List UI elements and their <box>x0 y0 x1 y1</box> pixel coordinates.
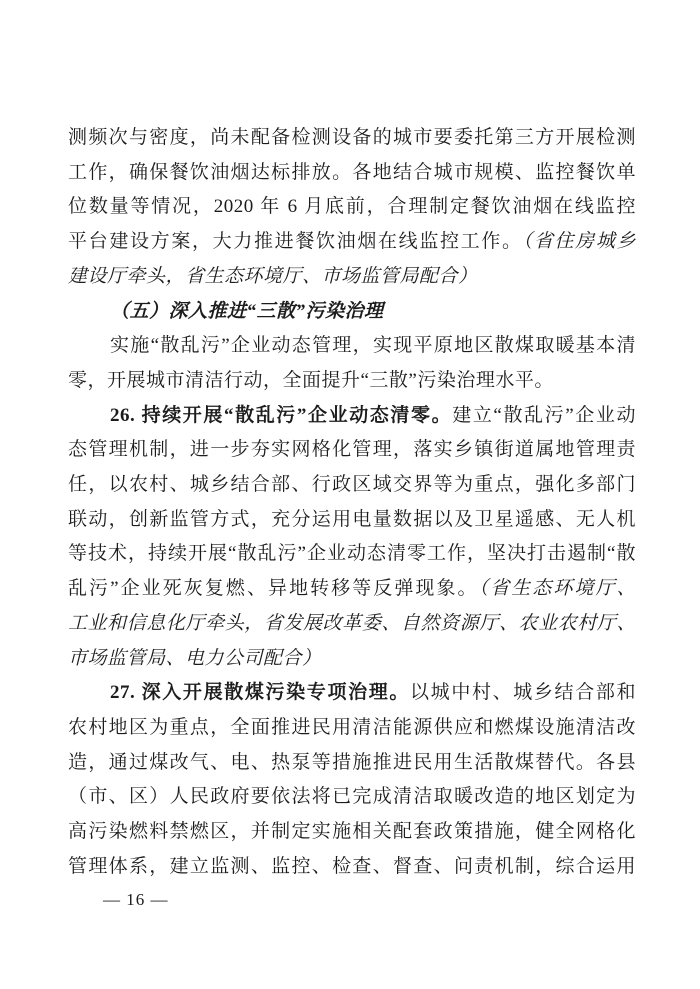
document-line: 造，通过煤改气、电、热泵等措施推进民用生活散煤替代。各县 <box>68 746 636 781</box>
document-line: 零，开展城市清洁行动，全面提升“三散”污染治理水平。 <box>68 364 636 399</box>
document-line: 农村地区为重点，全面推进民用清洁能源供应和燃煤设施清洁改 <box>68 711 636 746</box>
text-segment: 26. 持续开展“散乱污”企业动态清零。 <box>110 405 452 426</box>
text-segment: 态管理机制，进一步夯实网格化管理，落实乡镇街道属地管理责 <box>68 439 636 460</box>
text-segment: 造，通过煤改气、电、热泵等措施推进民用生活散煤替代。各县 <box>68 752 636 773</box>
text-segment: 联动，创新监管方式，充分运用电量数据以及卫星遥感、无人机 <box>68 509 636 530</box>
text-segment: 平台建设方案，大力推进餐饮油烟在线监控工作。 <box>68 231 523 252</box>
section-heading-text: （五）深入推进“三散”污染治理 <box>110 301 384 322</box>
document-line: 建设厅牵头，省生态环境厅、市场监管局配合） <box>68 260 636 295</box>
text-segment: 27. 深入开展散煤污染专项治理。 <box>110 682 410 703</box>
document-page: 测频次与密度，尚未配备检测设备的城市要委托第三方开展检测工作，确保餐饮油烟达标排… <box>0 0 700 989</box>
text-segment: 工作，确保餐饮油烟达标排放。各地结合城市规模、监控餐饮单 <box>68 162 636 183</box>
document-line: 市场监管局、电力公司配合） <box>68 642 636 677</box>
text-segment: （省住房城乡 <box>523 231 636 252</box>
text-segment: 以城中村、城乡结合部和 <box>410 682 636 703</box>
text-segment: 等技术，持续开展“散乱污”企业动态清零工作，坚决打击遏制“散 <box>68 543 636 564</box>
document-line: 工作，确保餐饮油烟达标排放。各地结合城市规模、监控餐饮单 <box>68 156 636 191</box>
text-segment: 管理体系，建立监测、监控、检查、督查、问责机制，综合运用 <box>68 856 636 877</box>
text-segment: 实施“散乱污”企业动态管理，实现平原地区散煤取暖基本清 <box>110 335 636 356</box>
text-segment: 零，开展城市清洁行动，全面提升“三散”污染治理水平。 <box>68 370 554 391</box>
text-segment: 位数量等情况，2020 年 6 月底前，合理制定餐饮油烟在线监控 <box>68 196 636 217</box>
document-line: 位数量等情况，2020 年 6 月底前，合理制定餐饮油烟在线监控 <box>68 190 636 225</box>
text-segment: 高污染燃料禁燃区，并制定实施相关配套政策措施，健全网格化 <box>68 821 636 842</box>
document-line: 联动，创新监管方式，充分运用电量数据以及卫星遥感、无人机 <box>68 503 636 538</box>
document-line: 平台建设方案，大力推进餐饮油烟在线监控工作。（省住房城乡 <box>68 225 636 260</box>
document-line: 等技术，持续开展“散乱污”企业动态清零工作，坚决打击遏制“散 <box>68 537 636 572</box>
document-line: 27. 深入开展散煤污染专项治理。以城中村、城乡结合部和 <box>68 676 636 711</box>
document-line: 任，以农村、城乡结合部、行政区域交界等为重点，强化多部门 <box>68 468 636 503</box>
document-line: 态管理机制，进一步夯实网格化管理，落实乡镇街道属地管理责 <box>68 433 636 468</box>
document-line: 测频次与密度，尚未配备检测设备的城市要委托第三方开展检测 <box>68 121 636 156</box>
text-segment: （市、区）人民政府要依法将已完成清洁取暖改造的地区划定为 <box>68 786 636 807</box>
document-line: 工业和信息化厅牵头，省发展改革委、自然资源厅、农业农村厅、 <box>68 607 636 642</box>
text-segment: （省生态环境厅、 <box>479 578 636 599</box>
text-segment: 乱污”企业死灰复燃、异地转移等反弹现象。 <box>68 578 479 599</box>
page-number: — 16 — <box>103 889 169 911</box>
document-line: 高污染燃料禁燃区，并制定实施相关配套政策措施，健全网格化 <box>68 815 636 850</box>
text-segment: 建设厅牵头，省生态环境厅、市场监管局配合） <box>68 266 478 287</box>
text-segment: 工业和信息化厅牵头，省发展改革委、自然资源厅、农业农村厅、 <box>68 613 636 634</box>
text-segment: 农村地区为重点，全面推进民用清洁能源供应和燃煤设施清洁改 <box>68 717 636 738</box>
document-line: 实施“散乱污”企业动态管理，实现平原地区散煤取暖基本清 <box>68 329 636 364</box>
text-segment: 测频次与密度，尚未配备检测设备的城市要委托第三方开展检测 <box>68 127 636 148</box>
document-line: （五）深入推进“三散”污染治理 <box>68 295 636 330</box>
document-line: （市、区）人民政府要依法将已完成清洁取暖改造的地区划定为 <box>68 780 636 815</box>
document-line: 26. 持续开展“散乱污”企业动态清零。建立“散乱污”企业动 <box>68 399 636 434</box>
document-text: 测频次与密度，尚未配备检测设备的城市要委托第三方开展检测工作，确保餐饮油烟达标排… <box>68 121 636 884</box>
text-segment: 任，以农村、城乡结合部、行政区域交界等为重点，强化多部门 <box>68 474 636 495</box>
text-segment: 市场监管局、电力公司配合） <box>68 648 322 669</box>
document-line: 管理体系，建立监测、监控、检查、督查、问责机制，综合运用 <box>68 850 636 885</box>
text-segment: 建立“散乱污”企业动 <box>452 405 636 426</box>
document-line: 乱污”企业死灰复燃、异地转移等反弹现象。（省生态环境厅、 <box>68 572 636 607</box>
